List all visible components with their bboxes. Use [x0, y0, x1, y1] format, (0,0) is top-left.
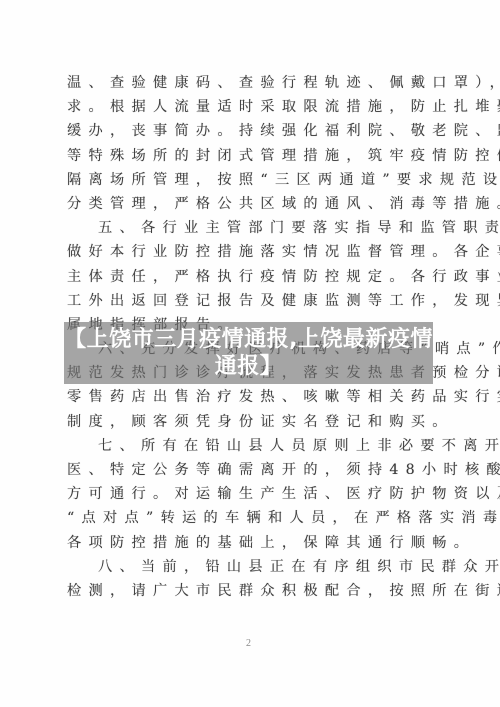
text-line: 各项防控措施的基础上，保障其通行顺畅。 [67, 531, 435, 555]
text-line: 检测，请广大市民群众积极配合，按照所在街道（乡镇）、社 [67, 579, 435, 603]
section-heading-line: 七、所有在铅山县人员原则上非必要不离开铅山，因就 [67, 434, 435, 458]
text-line: 医、特定公务等确需离开的，须持48小时核酸检测阴性证明 [67, 458, 435, 482]
text-line: “点对点”转运的车辆和人员，在严格落实消毒、闭环管理等 [67, 506, 435, 530]
text-line: 方可通行。对运输生产生活、医疗防护物资以及从事道路运输 [67, 482, 435, 506]
document-page: 温、查验健康码、查验行程轨迹、佩戴口罩），执行一米线要 求。根据人流量适时采取限… [0, 0, 500, 707]
section-heading-line: 八、当前，铅山县正在有序组织市民群众开展全员核酸 [67, 555, 435, 579]
text-line: 工外出返回登记报告及健康监测等工作，发现异常情况立即向 [67, 289, 435, 313]
text-line: 零售药店出售治疗发热、咳嗽等相关药品实行实名制登记报告 [67, 385, 435, 409]
text-line: 隔离场所管理，按照“三区两通道”要求规范设置，实施分区 [67, 168, 435, 192]
section-heading-line: 五、各行业主管部门要落实指导和监管职责，依法依规 [67, 216, 435, 240]
text-line: 温、查验健康码、查验行程轨迹、佩戴口罩），执行一米线要 [67, 71, 435, 95]
text-line: 做好本行业防控措施落实情况监督管理。各企事业单位要落实 [67, 240, 435, 264]
text-line: 分类管理，严格公共区域的通风、消毒等措施。 [67, 192, 435, 216]
text-line: 求。根据人流量适时采取限流措施，防止扎堆聚集。提倡喜事 [67, 95, 435, 119]
page-number: 2 [246, 638, 251, 649]
text-line: 等特殊场所的封闭式管理措施，筑牢疫情防控体系。加强集中 [67, 144, 435, 168]
text-line: 制度，顾客须凭身份证实名登记和购买。 [67, 410, 435, 434]
overlay-title: 【上饶市三月疫情通报,上饶最新疫情通报】 [64, 322, 433, 384]
text-line: 主体责任，严格执行疫情防控规定。各行政事业单位要加强职 [67, 265, 435, 289]
text-line: 缓办，丧事简办。持续强化福利院、敬老院、监狱、精神病院 [67, 119, 435, 143]
